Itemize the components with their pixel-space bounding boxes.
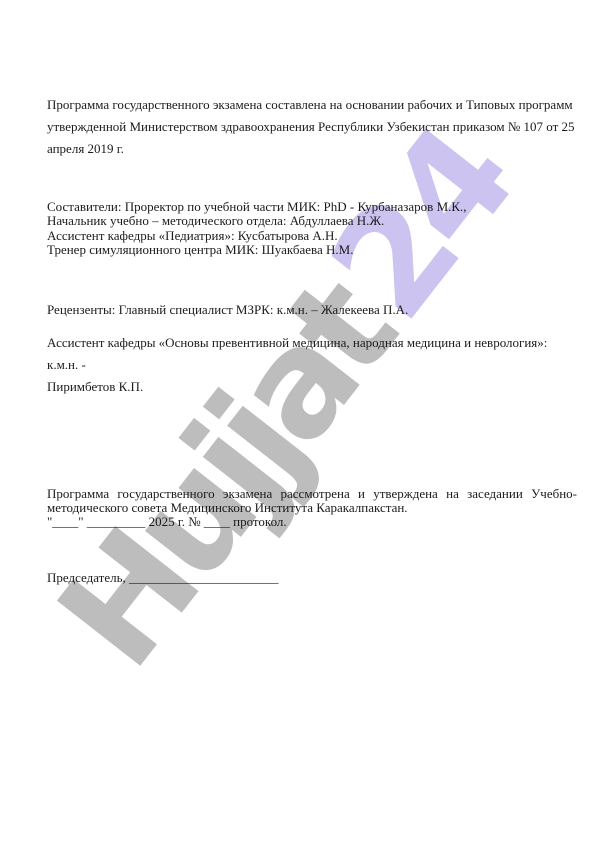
text-line: Составители: Проректор по учебной части … — [47, 200, 577, 214]
chairman-signature-line: Председатель, _______________________ — [47, 571, 577, 585]
text-line: Тренер симуляционного центра МИК: Шуакба… — [47, 243, 577, 257]
text-line: Ассистент кафедры «Педиатрия»: Кусбатыро… — [47, 229, 577, 243]
second-reviewer-paragraph: Ассистент кафедры «Основы превентивной м… — [47, 332, 577, 398]
approval-paragraph: Программа государственного экзамена расс… — [47, 487, 577, 530]
text-line: утвержденной Министерством здравоохранен… — [47, 116, 577, 138]
text-line: Ассистент кафедры «Основы превентивной м… — [47, 332, 577, 376]
compilers-paragraph: Составители: Проректор по учебной части … — [47, 200, 577, 258]
text-line: Начальник учебно – методического отдела:… — [47, 214, 577, 228]
text-line: Пиримбетов К.П. — [47, 376, 577, 398]
text-line: Рецензенты: Главный специалист МЗРК: к.м… — [47, 303, 577, 317]
reviewers-paragraph: Рецензенты: Главный специалист МЗРК: к.м… — [47, 303, 577, 317]
text-line: "____" _________ 2025 г. № ____ протокол… — [47, 515, 577, 529]
text-line: Программа государственного экзамена расс… — [47, 487, 577, 501]
text-line: Программа государственного экзамена сост… — [47, 94, 577, 116]
document-content: Программа государственного экзамена сост… — [47, 0, 577, 842]
text-line: Председатель, _______________________ — [47, 571, 577, 585]
document-page: Hujjat24 Программа государственного экза… — [0, 0, 596, 842]
basis-paragraph: Программа государственного экзамена сост… — [47, 94, 577, 160]
text-line: апреля 2019 г. — [47, 138, 577, 160]
text-line: методического совета Медицинского Инстит… — [47, 501, 577, 515]
